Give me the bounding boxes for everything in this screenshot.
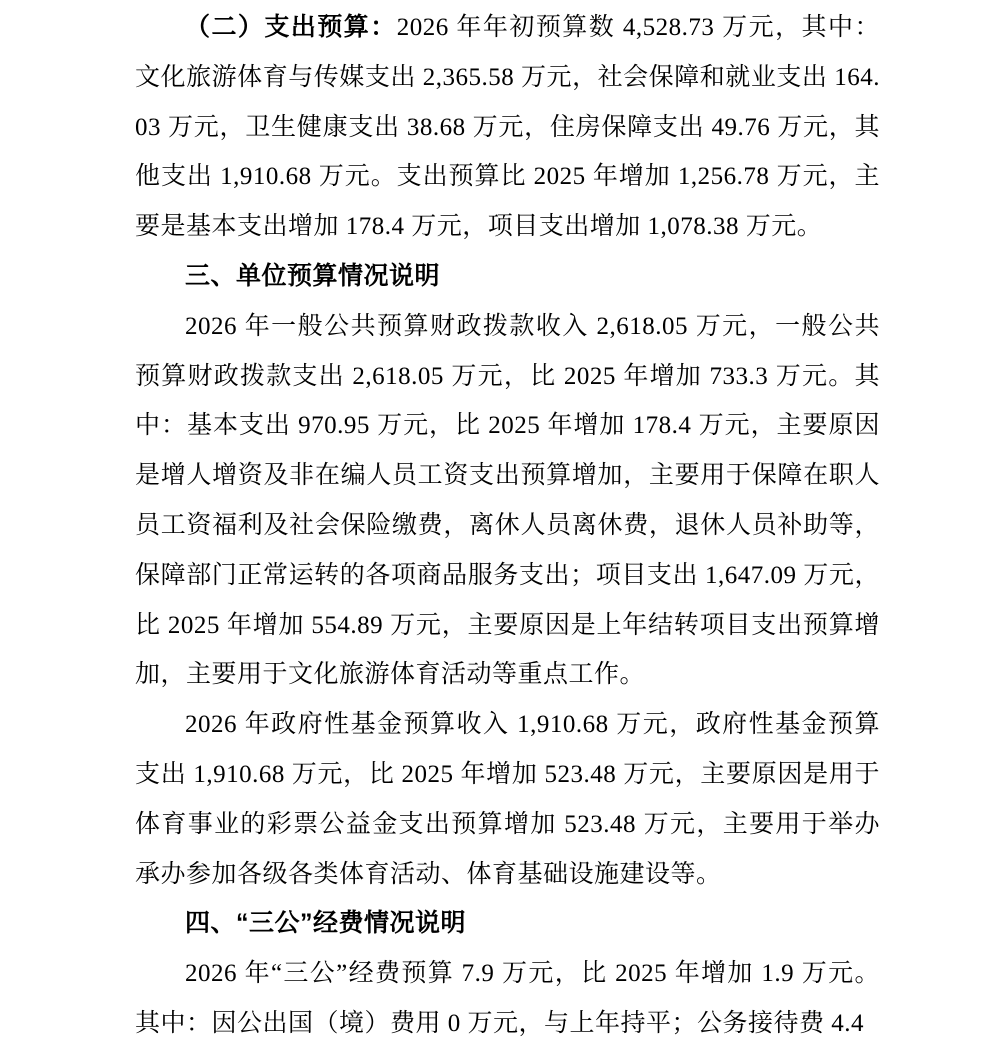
paragraph-expenditure-budget-text: 2026 年年初预算数 4,528.73 万元，其中：文化旅游体育与传媒支出 2… xyxy=(135,14,880,240)
paragraph-expenditure-budget-lead: （二）支出预算： xyxy=(185,14,397,41)
paragraph-government-fund-budget: 2026 年政府性基金预算收入 1,910.68 万元，政府性基金预算支出 1,… xyxy=(135,700,880,899)
heading-section-three-unit-budget: 三、单位预算情况说明 xyxy=(135,252,880,302)
paragraph-government-fund-budget-text: 2026 年政府性基金预算收入 1,910.68 万元，政府性基金预算支出 1,… xyxy=(135,711,880,887)
paragraph-three-public-expenses-text: 2026 年“三公”经费预算 7.9 万元，比 2025 年增加 1.9 万元。… xyxy=(135,960,880,1037)
paragraph-three-public-expenses: 2026 年“三公”经费预算 7.9 万元，比 2025 年增加 1.9 万元。… xyxy=(135,949,880,1049)
paragraph-expenditure-budget: （二）支出预算：2026 年年初预算数 4,528.73 万元，其中：文化旅游体… xyxy=(135,3,880,252)
paragraph-general-public-budget: 2026 年一般公共预算财政拨款收入 2,618.05 万元，一般公共预算财政拨… xyxy=(135,302,880,700)
heading-section-four-three-public-expenses: 四、“三公”经费情况说明 xyxy=(135,899,880,949)
paragraph-general-public-budget-text: 2026 年一般公共预算财政拨款收入 2,618.05 万元，一般公共预算财政拨… xyxy=(135,313,880,689)
document-page: （二）支出预算：2026 年年初预算数 4,528.73 万元，其中：文化旅游体… xyxy=(0,0,1000,1053)
